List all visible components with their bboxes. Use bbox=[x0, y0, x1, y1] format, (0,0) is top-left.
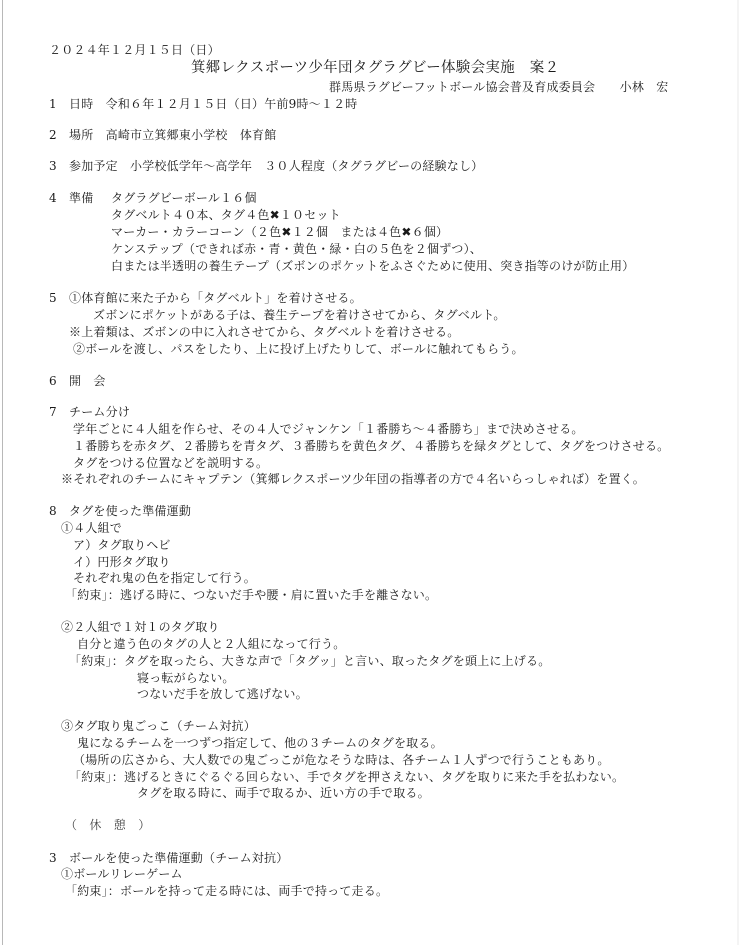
section-5-line: ②ボールを渡し、パスをしたり、上に投げ上げたりして、ボールに触れてもらう。 bbox=[73, 342, 524, 357]
part-1-note: それぞれ鬼の色を指定して行う。 bbox=[73, 571, 256, 586]
part-2-promise-cont: 寝っ転がらない。 bbox=[137, 671, 235, 686]
section-6-opening: 6 開 会 bbox=[49, 374, 106, 389]
part-3-title: ③タグ取り鬼ごっこ（チーム対抗） bbox=[61, 719, 256, 734]
section-7-heading: 7 チーム分け bbox=[49, 405, 130, 420]
section-1-datetime: 1 日時 令和６年１２月１５日（日）午前9時～１２時 bbox=[49, 97, 357, 112]
document-title: 箕郷レクスポーツ少年団タグラグビー体験会実施 案２ bbox=[191, 59, 559, 77]
part-2-promise-cont: つないだ手を放して逃げない。 bbox=[137, 687, 308, 702]
section-3-participants: 3 参加予定 小学校低学年～高学年 ３０人程度（タグラグビーの経験なし） bbox=[49, 159, 483, 174]
section-8-heading: 8 タグを使った準備運動 bbox=[49, 504, 191, 519]
part-1-title: ①４人組で bbox=[61, 521, 122, 536]
ball-part-1-promise: 「約束」：ボールを持って走る時には、両手で持って走る。 bbox=[65, 884, 388, 899]
prep-item: ケンステップ（できれば赤・青・黄色・緑・白の５色を２個ずつ）、 bbox=[111, 242, 482, 257]
section-5-line: 5 ①体育館に来た子から「タグベルト」を着けさせる。 bbox=[49, 291, 362, 306]
section-7-line: タグをつける位置などを説明する。 bbox=[73, 456, 268, 471]
section-4-heading: 4 準備 bbox=[49, 191, 93, 206]
section-7-line: ※それぞれのチームにキャプテン（箕郷レクスポーツ少年団の指導者の方で４名いらっし… bbox=[61, 472, 645, 487]
section-5-line: ズボンにポケットがある子は、養生テープを着けさせてから、タグベルト。 bbox=[93, 308, 506, 323]
ball-warmup-heading: 3 ボールを使った準備運動（チーム対抗） bbox=[49, 851, 288, 866]
part-1-promise: 「約束」：逃げる時に、つないだ手や腰・肩に置いた手を離さない。 bbox=[65, 588, 437, 603]
part-2-title: ②２人組で１対１のタグ取り bbox=[61, 620, 220, 635]
part-2-note: 自分と違う色のタグの人と２人組になって行う。 bbox=[77, 637, 345, 652]
prep-item: マーカー・カラーコーン（２色✖１２個 または４色✖６個） bbox=[111, 225, 448, 240]
prep-item: 白または半透明の養生テープ（ズボンのポケットをふさぐために使用、突き指等のけが防… bbox=[111, 259, 634, 274]
section-5-line: ※上着類は、ズボンの中に入れさせてから、タグベルトを着けさせる。 bbox=[69, 325, 459, 340]
document-author: 群馬県ラグビーフットボール協会普及育成委員会 小林 宏 bbox=[329, 80, 668, 95]
section-2-place: 2 場所 高崎市立箕郷東小学校 体育館 bbox=[49, 128, 276, 143]
section-7-line: １番勝ちを赤タグ、２番勝ちを青タグ、３番勝ちを黄色タグ、４番勝ちを緑タグとして、… bbox=[73, 439, 669, 454]
part-3-promise: 「約束」：逃げるときにぐるぐる回らない、手でタグを押さえない、タグを取りに来た手… bbox=[69, 770, 624, 785]
part-1-item: イ）円形タグ取り bbox=[73, 555, 171, 570]
ball-part-1-title: ①ボールリレーゲーム bbox=[61, 867, 183, 882]
part-3-promise-cont: タグを取る時に、両手で取るか、近い方の手で取る。 bbox=[137, 786, 430, 801]
part-3-note: 鬼になるチームを一つずつ指定して、他の３チームのタグを取る。 bbox=[77, 736, 443, 751]
prep-item: タグラグビーボール１６個 bbox=[111, 191, 257, 206]
section-7-line: 学年ごとに４人組を作らせ、その４人でジャンケン「１番勝ち～４番勝ち」まで決めさせ… bbox=[73, 422, 584, 437]
part-1-item: ア）タグ取りヘビ bbox=[73, 538, 171, 553]
prep-item: タグベルト４０本、タグ４色✖１０セット bbox=[111, 208, 341, 223]
document-page: ２０２４年１２月１５日（日） 箕郷レクスポーツ少年団タグラグビー体験会実施 案２… bbox=[2, 0, 738, 945]
break-label: （ 休 憩 ） bbox=[65, 818, 150, 833]
document-date: ２０２４年１２月１５日（日） bbox=[49, 43, 220, 58]
part-3-note2: （場所の広さから、大人数での鬼ごっこが危なそうな時は、各チーム１人ずつで行うこと… bbox=[73, 753, 610, 768]
part-2-promise: 「約束」：タグを取ったら、大きな声で「タグッ」と言い、取ったタグを頭上に上げる。 bbox=[69, 654, 550, 669]
